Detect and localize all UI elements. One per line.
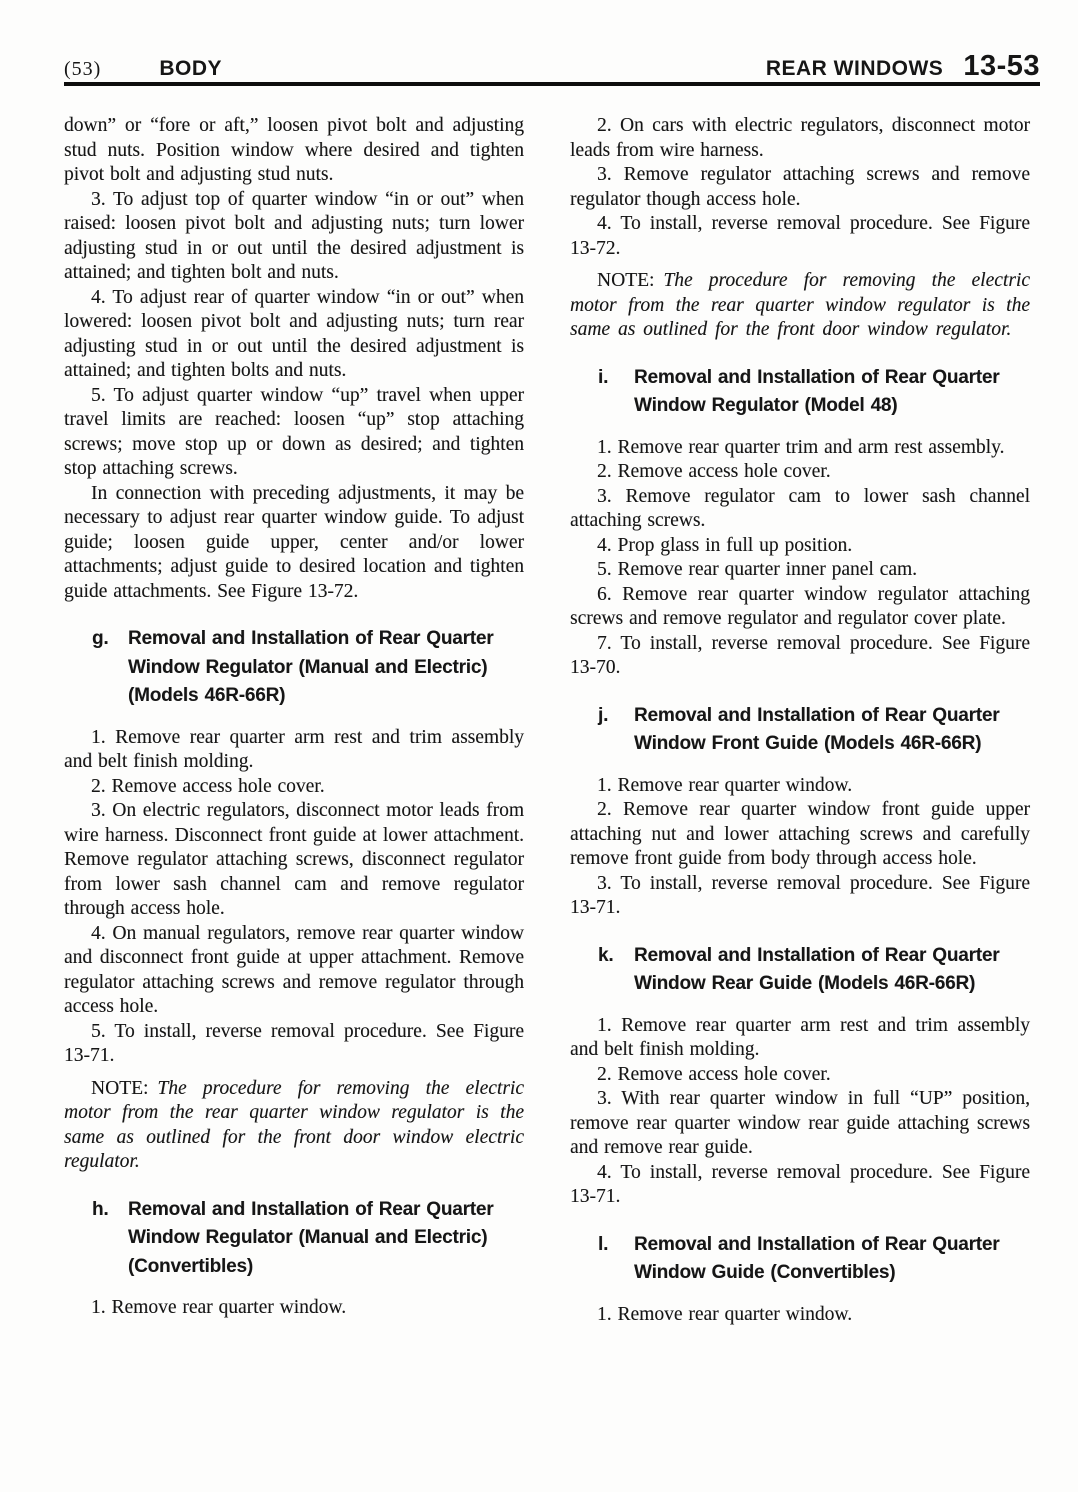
section-letter: g.	[92, 625, 128, 711]
section-letter: k.	[598, 942, 634, 999]
paragraph: 1. Remove rear quarter trim and arm rest…	[570, 436, 1030, 461]
topic-title: REAR WINDOWS	[766, 57, 944, 81]
paragraph: down” or “fore or aft,” loosen pivot bol…	[64, 114, 524, 188]
paragraph: 4. Prop glass in full up position.	[570, 534, 1030, 559]
section-letter: l.	[598, 1231, 634, 1288]
header-rule	[64, 82, 1040, 86]
paragraph: 4. To install, reverse removal procedure…	[570, 212, 1030, 261]
section-heading-text: Removal and Installation of Rear Quarter…	[634, 364, 1030, 421]
paragraph: 4. On manual regulators, remove rear qua…	[64, 922, 524, 1020]
paragraph: 3. Remove regulator cam to lower sash ch…	[570, 485, 1030, 534]
paragraph: 3. Remove regulator attaching screws and…	[570, 163, 1030, 212]
note-paragraph: NOTE:The procedure for removing the elec…	[64, 1077, 524, 1175]
paragraph: 1. Remove rear quarter arm rest and trim…	[64, 726, 524, 775]
paragraph: 1. Remove rear quarter window.	[570, 1303, 1030, 1328]
right-column: 2. On cars with electric regulators, dis…	[570, 114, 1030, 1327]
page-number: 13-53	[963, 50, 1040, 83]
section-letter: i.	[598, 364, 634, 421]
section-letter: j.	[598, 702, 634, 759]
section-heading-text: Removal and Installation of Rear Quarter…	[128, 625, 524, 711]
paragraph: 2. On cars with electric regulators, dis…	[570, 114, 1030, 163]
header-left: (53) BODY	[64, 57, 222, 81]
section-heading-text: Removal and Installation of Rear Quarter…	[634, 942, 1030, 999]
paragraph: 3. With rear quarter window in full “UP”…	[570, 1087, 1030, 1161]
section-heading: k.Removal and Installation of Rear Quart…	[598, 942, 1030, 999]
paragraph: 1. Remove rear quarter arm rest and trim…	[570, 1014, 1030, 1063]
paragraph: 4. To install, reverse removal procedure…	[570, 1161, 1030, 1210]
section-heading: g.Removal and Installation of Rear Quart…	[92, 625, 524, 711]
paragraph: 2. Remove access hole cover.	[570, 1063, 1030, 1088]
note-label: NOTE:	[597, 270, 654, 291]
page-header: (53) BODY REAR WINDOWS 13-53	[64, 50, 1040, 83]
section-heading: i.Removal and Installation of Rear Quart…	[598, 364, 1030, 421]
paragraph: 1. Remove rear quarter window.	[570, 774, 1030, 799]
section-heading: h.Removal and Installation of Rear Quart…	[92, 1196, 524, 1282]
paragraph: 1. Remove rear quarter window.	[64, 1296, 524, 1321]
section-heading: j.Removal and Installation of Rear Quart…	[598, 702, 1030, 759]
section-letter: h.	[92, 1196, 128, 1282]
paragraph: 5. Remove rear quarter inner panel cam.	[570, 558, 1030, 583]
note-label: NOTE:	[91, 1078, 148, 1099]
section-heading-text: Removal and Installation of Rear Quarter…	[634, 1231, 1030, 1288]
paragraph: 5. To install, reverse removal procedure…	[64, 1020, 524, 1069]
section-heading-text: Removal and Installation of Rear Quarter…	[128, 1196, 524, 1282]
section-heading-text: Removal and Installation of Rear Quarter…	[634, 702, 1030, 759]
note-paragraph: NOTE:The procedure for removing the elec…	[570, 269, 1030, 343]
paragraph: 2. Remove access hole cover.	[64, 775, 524, 800]
left-column: down” or “fore or aft,” loosen pivot bol…	[64, 114, 524, 1321]
section-heading: l.Removal and Installation of Rear Quart…	[598, 1231, 1030, 1288]
page-reference: (53)	[64, 58, 101, 81]
paragraph: 4. To adjust rear of quarter window “in …	[64, 286, 524, 384]
paragraph: 2. Remove rear quarter window front guid…	[570, 798, 1030, 872]
paragraph: 3. To adjust top of quarter window “in o…	[64, 188, 524, 286]
paragraph: 7. To install, reverse removal procedure…	[570, 632, 1030, 681]
manual-page: (53) BODY REAR WINDOWS 13-53 down” or “f…	[0, 0, 1078, 1492]
paragraph: 3. On electric regulators, disconnect mo…	[64, 799, 524, 922]
header-right: REAR WINDOWS 13-53	[766, 50, 1040, 83]
paragraph: 3. To install, reverse removal procedure…	[570, 872, 1030, 921]
paragraph: 2. Remove access hole cover.	[570, 460, 1030, 485]
paragraph: 6. Remove rear quarter window regulator …	[570, 583, 1030, 632]
paragraph: In connection with preceding adjustments…	[64, 482, 524, 605]
paragraph: 5. To adjust quarter window “up” travel …	[64, 384, 524, 482]
section-title: BODY	[159, 57, 222, 81]
